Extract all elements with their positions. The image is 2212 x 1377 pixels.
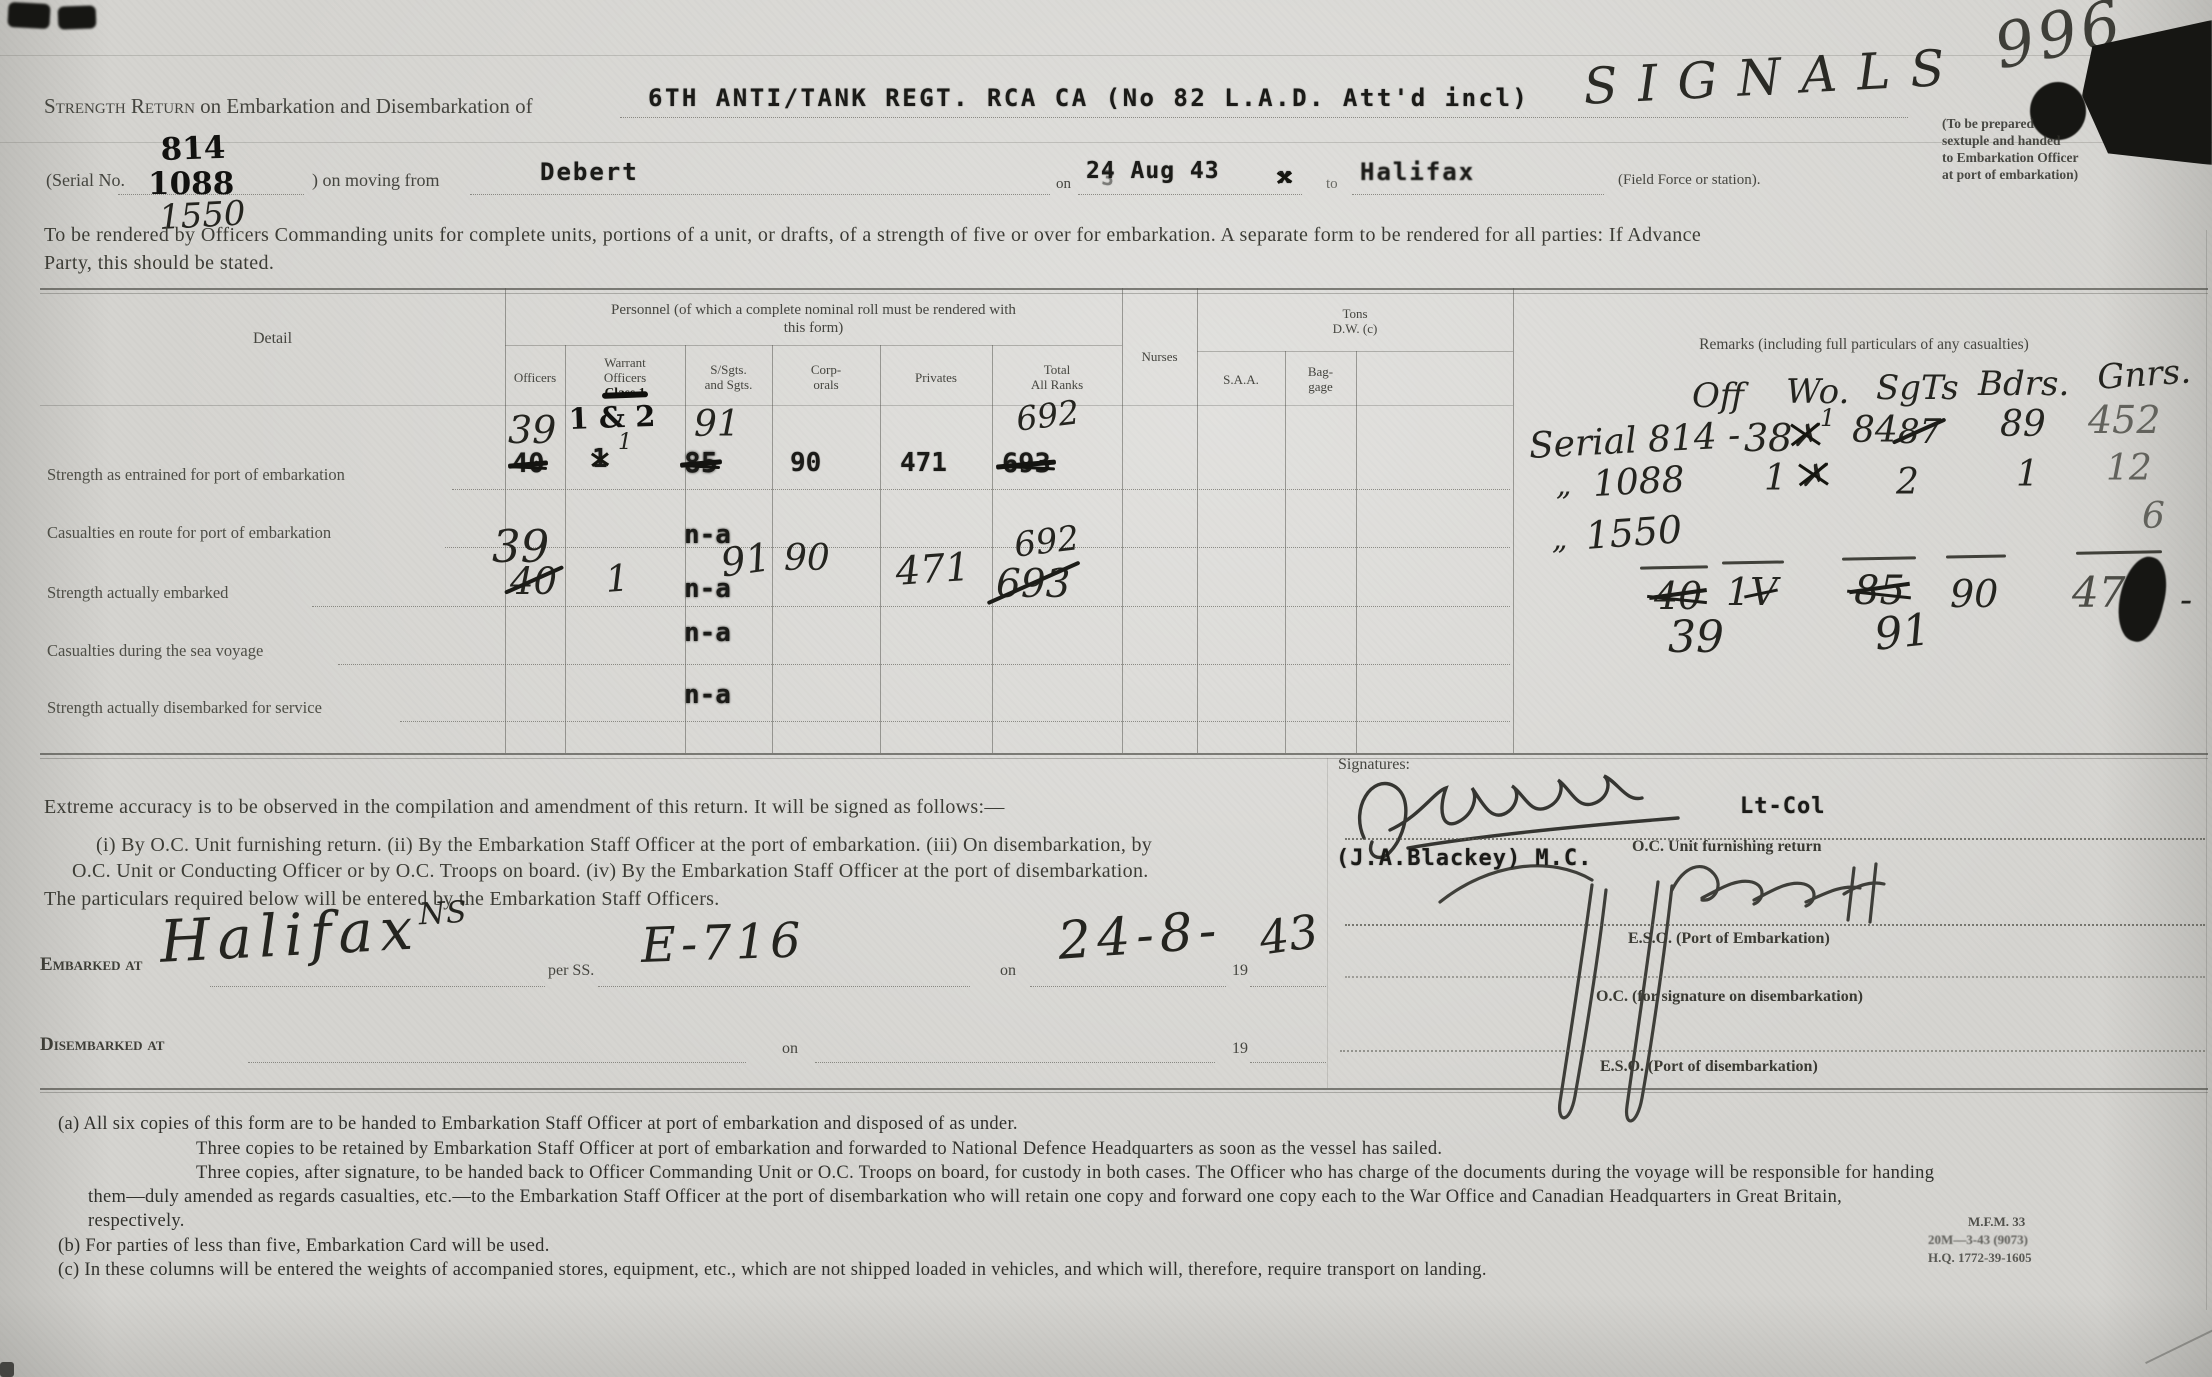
- form-title-rest: on Embarkation and Disembarkation of: [195, 94, 533, 118]
- column-header-warrant-3-struck: Class 1: [565, 385, 685, 401]
- disembarked-ssgts: n-a: [684, 680, 731, 710]
- unit-name-handwritten: SIGNALS: [1582, 38, 1966, 116]
- column-header-ssgts-2: and Sgts.: [685, 377, 772, 393]
- accuracy-para1: Extreme accuracy is to be observed in th…: [44, 796, 1005, 819]
- remarks-row-814-wo-struck: ✗: [1792, 416, 1819, 454]
- destination-rule: [1352, 194, 1604, 195]
- signature-block-divider: [1327, 758, 1328, 1088]
- page-edge-line: [2206, 230, 2207, 1310]
- sum-line-off: [1640, 565, 1708, 569]
- entrained-ssgts-amended: 91: [694, 404, 740, 445]
- remarks-row-814-sgts-struck: 87: [1898, 412, 1941, 452]
- sum-line-sgts: [1842, 556, 1916, 560]
- column-header-underline: [40, 405, 1513, 406]
- accuracy-item-line1: (i) By O.C. Unit furnishing return. (ii)…: [96, 834, 1152, 857]
- column-header-total-2: All Ranks: [992, 377, 1122, 393]
- remarks-total-off-final: 39: [1668, 612, 1724, 663]
- remarks-total-gnrs-dash: -: [2180, 580, 2192, 621]
- table-bottom-rule-2: [40, 758, 2208, 759]
- entrained-officers-amended: 39: [508, 408, 556, 452]
- unit-name-rule: [620, 117, 1908, 118]
- signature-role-oc-disembark: O.C. (for signature on disembarkation): [1596, 988, 1863, 1006]
- remarks-row-1550-gnrs: 6: [2142, 496, 2165, 537]
- accuracy-item-line2: O.C. Unit or Conducting Officer or by O.…: [72, 860, 1149, 883]
- column-header-nurses: Nurses: [1122, 349, 1197, 365]
- remarks-row-814-sgts: 84: [1852, 410, 1898, 451]
- destination-typed: Halifax: [1360, 158, 1475, 186]
- embarked-on-label: on: [1000, 962, 1016, 980]
- column-header-total-1: Total: [992, 362, 1122, 378]
- entrained-total-struck: 693: [1002, 448, 1051, 479]
- column-header-warrant-1: Warrant: [565, 355, 685, 371]
- table-top-rule-2: [40, 293, 2208, 294]
- warrant-amendment: 1 & 2: [568, 399, 656, 436]
- disembarked-year-prefix: 19: [1232, 1040, 1248, 1058]
- footnote-a-sub2: Three copies, after signature, to be han…: [196, 1163, 1934, 1184]
- entrained-wo-struck: 1: [592, 444, 608, 474]
- remarks-total-sgts-final: 91: [1872, 604, 1933, 661]
- signature-role-eso-embark: E.S.O. (Port of Embarkation): [1628, 930, 1830, 948]
- embarked-privates: 471: [894, 545, 971, 595]
- row-label-embarked: Strength actually embarked: [47, 583, 228, 603]
- embarked-at-label: Embarked at: [40, 954, 142, 976]
- row-label-casualties-voyage: Casualties during the sea voyage: [47, 641, 263, 661]
- table-line-ssgts: [772, 345, 773, 753]
- signature-line-oc-disembark: [1345, 976, 2205, 978]
- row-label-entrained: Strength as entrained for port of embark…: [47, 465, 345, 485]
- imprint-line2: 20M—3-43 (9073): [1928, 1232, 2028, 1248]
- form-title: Strength Return on Embarkation and Disem…: [44, 94, 533, 119]
- footnote-b: (b) For parties of less than five, Embar…: [58, 1236, 550, 1257]
- ship-name-handwritten: E-716: [640, 912, 806, 974]
- tons-header-2: D.W. (c): [1197, 321, 1513, 337]
- entrained-corporals: 90: [790, 448, 821, 478]
- scanned-form-strength-return: 996 (To be prepared sextuple and handed …: [0, 0, 2212, 1377]
- entrained-privates: 471: [900, 448, 947, 478]
- corner-note-line3: to Embarkation Officer: [1942, 150, 2078, 166]
- embark-date-rule: [1030, 986, 1226, 987]
- column-header-officers: Officers: [505, 370, 565, 386]
- remarks-col-bdrs: Bdrs.: [1978, 364, 2069, 404]
- ink-blot-dot: [2030, 82, 2086, 140]
- signature-line-eso-embark: [1345, 924, 2205, 926]
- table-line-privates: [992, 345, 993, 753]
- remarks-row-1550-ditto: „: [1552, 522, 1568, 557]
- remarks-row-1088-label: 1088: [1592, 459, 1686, 505]
- date-overtype-ghost: 3: [1100, 165, 1115, 190]
- instruction-line2: Party, this should be stated.: [44, 252, 274, 275]
- personnel-header-underline: [505, 345, 1122, 346]
- imprint-line3: H.Q. 1772-39-1605: [1928, 1250, 2032, 1266]
- remarks-row-1088-bdrs: 1: [2016, 454, 2039, 495]
- deleted-character: x: [1278, 164, 1291, 189]
- remarks-col-sgts: SgTs: [1876, 368, 1959, 408]
- row-leader-disembarked: [400, 721, 1510, 722]
- detail-header: Detail: [40, 330, 505, 348]
- footnote-a-sub4: respectively.: [88, 1211, 185, 1232]
- disembarked-year-rule: [1250, 1062, 1326, 1063]
- column-header-warrant-2: Officers: [565, 370, 685, 386]
- column-header-saa: S.A.A.: [1197, 372, 1285, 388]
- field-force-note: (Field Force or station).: [1618, 172, 1760, 189]
- table-line-corporals: [880, 345, 881, 753]
- remarks-row-814-bdrs: 89: [2000, 404, 2046, 445]
- footnote-a-sub3: them—duly amended as regards casualties,…: [88, 1187, 1842, 1208]
- on-label: on: [1056, 176, 1071, 193]
- embarked-total-struck: 693: [996, 562, 1070, 607]
- embarked-officers-struck: 40: [510, 560, 557, 603]
- embarked-wo: 1: [604, 556, 630, 601]
- remarks-total-bdrs: 90: [1950, 572, 1998, 616]
- sum-line-bdrs: [1946, 554, 2006, 558]
- column-header-baggage-1: Bag-: [1285, 364, 1356, 380]
- ship-rule: [598, 986, 970, 987]
- scan-mark-top-left: [7, 2, 50, 29]
- remarks-row-814-off: 38: [1744, 416, 1792, 460]
- embarked-total-amended: 692: [1012, 518, 1081, 566]
- footnote-a-sub1: Three copies to be retained by Embarkati…: [196, 1139, 1442, 1160]
- remarks-row-814-gnrs: 452: [2088, 398, 2161, 442]
- entrained-total-amended: 692: [1014, 392, 1081, 438]
- column-header-baggage-2: gage: [1285, 379, 1356, 395]
- disembarked-date-rule: [815, 1062, 1215, 1063]
- remarks-col-wo: Wo.: [1786, 372, 1849, 412]
- table-top-rule: [40, 288, 2208, 290]
- remarks-row-814-label: Serial 814 -: [1528, 415, 1741, 467]
- table-line-saa: [1285, 351, 1286, 753]
- table-line-tons-end: [1513, 288, 1514, 753]
- remarks-row-814-wo-sup: 1: [1820, 404, 1835, 432]
- origin-rule: [470, 194, 1050, 195]
- entrained-officers-struck: 40: [512, 448, 545, 479]
- sum-line-wo: [1722, 560, 1784, 564]
- remarks-row-1088-ditto: „: [1556, 468, 1572, 503]
- corner-note-line1: (To be prepared: [1942, 116, 2034, 132]
- footnotes-rule: [40, 1088, 2208, 1090]
- row-label-disembarked: Strength actually disembarked for servic…: [47, 698, 322, 718]
- remarks-row-1088-gnrs: 12: [2106, 448, 2152, 489]
- personnel-header-line2: this form): [505, 320, 1122, 337]
- embark-date-handwritten: 24-8-: [1056, 901, 1224, 972]
- serial-label: (Serial No.: [46, 170, 125, 191]
- embark-year-handwritten: 43: [1256, 904, 1321, 966]
- table-line-nurses: [1197, 288, 1198, 753]
- instruction-line1: To be rendered by Officers Commanding un…: [44, 224, 1701, 247]
- personnel-header-line1: Personnel (of which a complete nominal r…: [505, 302, 1122, 319]
- embarked-ssgts-amended: 91: [718, 535, 773, 586]
- unit-name-typed: 6TH ANTI/TANK REGT. RCA CA (No 82 L.A.D.…: [648, 84, 1529, 112]
- moving-from-label: ) on moving from: [312, 170, 440, 191]
- table-line-baggage: [1356, 351, 1357, 753]
- sum-line-gnrs: [2076, 550, 2162, 555]
- footnote-c: (c) In these columns will be entered the…: [58, 1260, 1487, 1281]
- signature-line-eso-disembark: [1340, 1050, 2205, 1052]
- disembarked-at-label: Disembarked at: [40, 1034, 164, 1056]
- imprint-line1: M.F.M. 33: [1968, 1214, 2025, 1230]
- origin-typed: Debert: [540, 158, 639, 186]
- scan-mark-top-left-2: [58, 5, 97, 29]
- remarks-row-1088-wo-struck: ✗: [1800, 456, 1827, 494]
- table-line-officers: [565, 345, 566, 753]
- per-ss-label: per SS.: [548, 962, 594, 980]
- tons-header-underline: [1197, 351, 1513, 352]
- tons-header-1: Tons: [1197, 306, 1513, 322]
- column-header-corporals-2: orals: [772, 377, 880, 393]
- remarks-col-gnrs: Gnrs.: [2096, 351, 2192, 397]
- remarks-col-off: Off: [1692, 376, 1744, 416]
- embarked-place-rule: [210, 986, 545, 987]
- embarked-corporals: 90: [784, 538, 830, 579]
- row-leader-entrained: [452, 489, 1510, 490]
- scan-crease: [0, 142, 2212, 143]
- scan-mark-bottom-left: [0, 1362, 14, 1377]
- disembarked-place-rule: [248, 1062, 746, 1063]
- casualties-voyage-ssgts: n-a: [684, 618, 731, 648]
- scan-scratch-bottom-right: [2145, 1314, 2212, 1364]
- signature-rank: Lt-Col: [1740, 794, 1825, 819]
- footnote-a: (a) All six copies of this form are to b…: [58, 1114, 1018, 1135]
- corner-note-line2: sextuple and handed: [1942, 133, 2061, 149]
- signature-role-eso-disembark: E.S.O. (Port of disembarkation): [1600, 1058, 1818, 1076]
- form-title-caps: Strength Return: [44, 94, 195, 118]
- embark-year-rule: [1250, 986, 1326, 987]
- column-header-ssgts-1: S/Sgts.: [685, 362, 772, 378]
- row-leader-casualties-voyage: [338, 664, 1510, 665]
- remarks-row-1088-off: 1: [1764, 458, 1787, 499]
- embarked-place-superscript: NS: [418, 895, 469, 933]
- row-leader-embarked: [312, 606, 1510, 607]
- corner-note-line4: at port of embarkation): [1942, 167, 2078, 183]
- row-label-casualties-en-route: Casualties en route for port of embarkat…: [47, 523, 331, 543]
- table-bottom-rule: [40, 753, 2208, 755]
- column-header-corporals-1: Corp-: [772, 362, 880, 378]
- serial-number-814: 814: [160, 130, 226, 168]
- footnotes-rule-2: [40, 1092, 2208, 1093]
- entrained-ssgts-struck: 85: [684, 446, 718, 479]
- to-label: to: [1326, 176, 1338, 193]
- remarks-header: Remarks (including full particulars of a…: [1520, 336, 2208, 354]
- disembarked-on-label: on: [782, 1040, 798, 1058]
- column-header-privates: Privates: [880, 370, 992, 386]
- date-rule: [1078, 194, 1302, 195]
- remarks-row-1088-sgts: 2: [1896, 462, 1919, 503]
- row-leader-casualties-en-route: [445, 547, 1510, 548]
- entrained-wo-amended: 1: [618, 430, 632, 455]
- ink-blot-gnrs-total: [2110, 552, 2173, 646]
- embark-year-prefix: 19: [1232, 962, 1248, 980]
- remarks-row-1550-label: 1550: [1584, 507, 1684, 558]
